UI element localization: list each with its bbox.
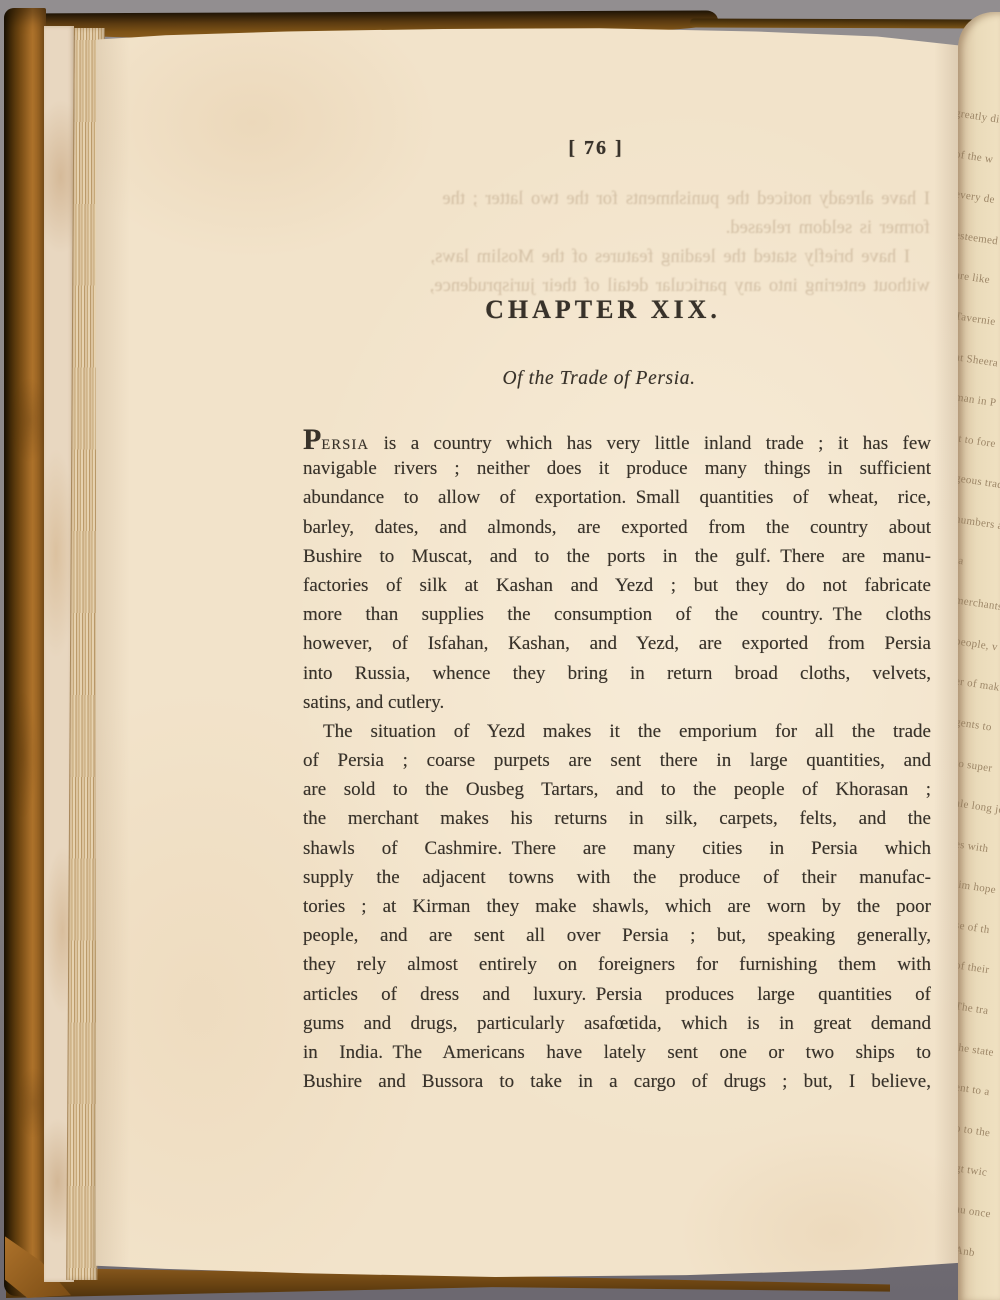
book-page: [ 76 ] I have already noticed the punish… (96, 22, 964, 1284)
text-line: shawls of Cashmire. There are many citie… (303, 834, 931, 863)
facing-page-text-fragment: es with (958, 838, 1000, 885)
facing-page-text-fragment: of their (958, 960, 1000, 1007)
facing-page-text-fragment: o to the (958, 1122, 1000, 1169)
facing-page-text-fragment: Tavernie (958, 310, 1000, 357)
facing-page-text-fragment: every de (958, 188, 1000, 235)
drop-cap: P (303, 425, 321, 454)
text-line: are sold to the Ousbeg Tartars, and to t… (303, 775, 931, 804)
facing-page-text-fragment: are like (958, 270, 1000, 317)
facing-page-text-fragment: merchants (958, 594, 1000, 641)
facing-page-text-fragment: numbers a (958, 513, 1000, 560)
small-caps-word: ERSIA (321, 437, 369, 453)
facing-page-text-fragment: man in P (958, 391, 1000, 438)
book-cover-top-edge-thin (690, 18, 986, 28)
text-line: of Persia ; coarse purpets are sent ther… (303, 746, 931, 775)
facing-page-text-fragment: esteemed s (958, 229, 1000, 276)
facing-page-text-fragment: au once (958, 1203, 1000, 1250)
facing-page-text-fragment: at Sheera (958, 351, 1000, 398)
leather-texture (4, 8, 46, 1296)
text-line: barley, dates, and almonds, are exported… (303, 513, 931, 542)
facing-page-text-fragment: se of th (958, 919, 1000, 966)
facing-page-text-fragment: to super (958, 757, 1000, 804)
facing-page-text-fragment: of the w (958, 148, 1000, 195)
facing-page-text-fragment: er of mak (958, 676, 1000, 723)
text-line: however, of Isfahan, Kashan, and Yezd, a… (303, 629, 931, 658)
text-line: they rely almost entirely on foreigners … (303, 950, 931, 979)
text-line: into Russia, whence they bring in return… (303, 659, 931, 688)
text-line: more than supplies the consumption of th… (303, 600, 931, 629)
text-line: Bushire and Bussora to take in a cargo o… (303, 1067, 931, 1096)
text-line: tories ; at Kirman they make shawls, whi… (303, 892, 931, 921)
text-line-rest: is a country which has very little inlan… (369, 433, 931, 454)
text-line: people, and are sent all over Persia ; b… (303, 921, 931, 950)
facing-page-edge: greatly diof the wevery deesteemed sare … (958, 12, 1000, 1300)
text-line: the merchant makes his returns in silk, … (303, 804, 931, 833)
facing-page-text-fragment: ia (958, 554, 1000, 601)
body-text: PERSIA is a country which has very littl… (303, 425, 931, 1096)
bleedthrough-line: former is seldom released. (290, 214, 930, 243)
facing-page-text-fragment: the state (958, 1041, 1000, 1088)
text-line: factories of silk at Kashan and Yezd ; b… (303, 571, 931, 600)
facing-page-text-fragment: Anb (958, 1244, 1000, 1291)
facing-page-text: greatly diof the wevery deesteemed sare … (958, 107, 1000, 1284)
facing-page-text-fragment: greatly di (958, 107, 1000, 154)
facing-page-text-fragment: ent to a (958, 1081, 1000, 1128)
text-line: Bushire to Muscat, and to the ports in t… (303, 542, 931, 571)
bleedthrough-text: I have already noticed the punishments f… (290, 185, 930, 301)
text-line: navigable rivers ; neither does it produ… (303, 454, 931, 483)
text-line: satins, and cutlery. (303, 688, 931, 717)
text-line: in India. The Americans have lately sent… (303, 1038, 931, 1067)
chapter-subtitle: Of the Trade of Persia. (285, 368, 913, 390)
chapter-heading: CHAPTER XIX. (289, 295, 917, 325)
facing-page-text-fragment: it to fore (958, 432, 1000, 479)
facing-page-text-fragment: lim hope (958, 879, 1000, 926)
bleedthrough-line: I have briefly stated the leading featur… (290, 243, 930, 272)
text-line: articles of dress and luxury. Persia pro… (303, 980, 931, 1009)
book-photo: [ 76 ] I have already noticed the punish… (0, 0, 1000, 1300)
facing-page-text-fragment: gt twic (958, 1163, 1000, 1210)
facing-page-text-fragment: The tra (958, 1000, 1000, 1047)
bleedthrough-line: I have already noticed the punishments f… (290, 185, 930, 214)
text-line: abundance to allow of exportation. Small… (303, 483, 931, 512)
text-line: supply the adjacent towns with the produ… (303, 863, 931, 892)
page-number: [ 76 ] (282, 137, 910, 160)
facing-page-text-fragment: geous trad (958, 473, 1000, 520)
facing-page-text-fragment: ale long jo (958, 797, 1000, 844)
facing-page-text-fragment: gents to (958, 716, 1000, 763)
text-line: PERSIA is a country which has very littl… (303, 425, 931, 454)
book-spine (4, 8, 46, 1296)
text-line: gums and drugs, particularly asafœtida, … (303, 1009, 931, 1038)
facing-page-text-fragment: people, v (958, 635, 1000, 682)
text-line: The situation of Yezd makes it the empor… (303, 717, 931, 746)
